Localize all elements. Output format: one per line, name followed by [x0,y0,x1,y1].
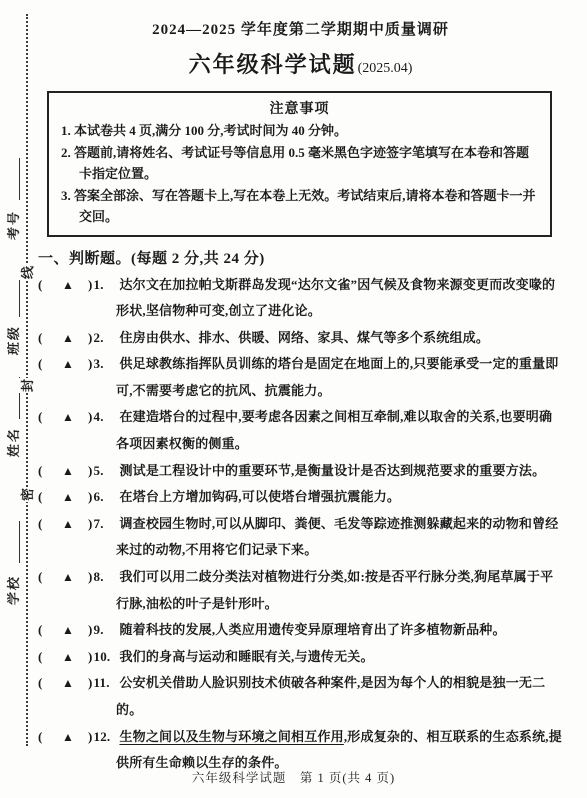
answer-bracket: (▲)8. [38,564,116,591]
paren-close: ) [88,351,93,378]
question-number: 3. [94,356,104,371]
seal-field-label: 考号 [3,209,22,240]
answer-triangle-mark: ▲ [62,670,88,697]
answer-triangle-mark: ▲ [62,325,88,352]
seal-char: 封 [17,378,36,393]
question-number: 11. [94,675,110,690]
question-text: 调查校园生物时,可以从脚印、粪便、毛发等踪迹推测躲藏起来的动物和曾经来过的动物,… [116,516,559,558]
question-number: 9. [94,622,104,637]
answer-triangle-mark: ▲ [62,644,88,671]
paren-close: ) [88,325,93,352]
paren-open: ( [38,484,62,511]
paren-close: ) [88,724,93,751]
question-number: 7. [94,516,104,531]
section-heading-judgment: 一、判断题。(每题 2 分,共 24 分) [38,247,563,268]
question-text-body: 我们可以用二歧分类法对植物进行分类,如:按是否平行脉分类,狗尾草属于平行脉,油松… [116,569,553,611]
paren-open: ( [38,511,62,538]
answer-triangle-mark: ▲ [62,351,88,378]
paren-open: ( [38,351,62,378]
answer-bracket: (▲)1. [38,272,116,299]
answer-bracket: (▲)9. [38,617,116,644]
paren-open: ( [38,325,62,352]
answer-bracket: (▲)4. [38,404,116,431]
paren-close: ) [88,404,93,431]
question-number: 6. [94,489,104,504]
question-row: (▲)4. 在建造塔台的过程中,要考虑各因素之间相互牵制,难以取舍的关系,也要明… [38,404,563,457]
question-number: 8. [94,569,104,584]
question-text: 在建造塔台的过程中,要考虑各因素之间相互牵制,难以取舍的关系,也要明确各项因素权… [116,409,552,451]
question-row: (▲)8. 我们可以用二歧分类法对植物进行分类,如:按是否平行脉分类,狗尾草属于… [38,564,563,617]
exam-date-note: (2025.04) [358,61,413,77]
answer-bracket: (▲)11. [38,670,116,697]
question-text: 公安机关借助人脸识别技术侦破各种案件,是因为每个人的相貌是独一无二的。 [116,675,545,717]
answer-triangle-mark: ▲ [62,484,88,511]
notice-box: 注意事项 1. 本试卷共 4 页,满分 100 分,考试时间为 40 分钟。2.… [47,91,552,237]
answer-bracket: (▲)7. [38,511,116,538]
seal-field-blank [5,158,20,200]
answer-triangle-mark: ▲ [62,458,88,485]
seal-char: 线 [17,265,36,280]
question-number: 12. [94,729,111,744]
paren-open: ( [38,404,62,431]
question-number: 5. [94,463,104,478]
question-text-body: 调查校园生物时,可以从脚印、粪便、毛发等踪迹推测躲藏起来的动物和曾经来过的动物,… [116,516,559,558]
question-text: 随着科技的发展,人类应用遗传变异原理培育出了许多植物新品种。 [116,622,506,637]
paren-close: ) [88,564,93,591]
page-content: 2024—2025 学年度第二学期期中质量调研 六年级科学试题 (2025.04… [0,0,587,777]
answer-bracket: (▲)5. [38,458,116,485]
page-footer: 六年级科学试题 第 1 页(共 4 页) [0,768,587,786]
answer-triangle-mark: ▲ [62,404,88,431]
seal-margin-strip: 学校密姓名封班级线考号 [2,15,38,745]
question-text: 供足球教练指挥队员训练的塔台是固定在地面上的,只要能承受一定的重量即可,不需要考… [116,356,559,398]
answer-bracket: (▲)3. [38,351,116,378]
question-text: 在塔台上方增加钩码,可以使塔台增强抗震能力。 [116,489,400,504]
paren-open: ( [38,617,62,644]
seal-field-label: 班级 [3,324,22,355]
paren-close: ) [88,644,93,671]
exam-title: 六年级科学试题 [189,48,357,79]
question-text-body: 在建造塔台的过程中,要考虑各因素之间相互牵制,难以取舍的关系,也要明确各项因素权… [116,409,552,451]
seal-char: 密 [17,487,36,502]
answer-bracket: (▲)6. [38,484,116,511]
exam-session-subtitle: 2024—2025 学年度第二学期期中质量调研 [38,18,563,39]
answer-triangle-mark: ▲ [62,617,88,644]
underlined-phrase: 生物之间以及生物与环境之间相互作用 [119,729,343,744]
question-text-body: 达尔文在加拉帕戈斯群岛发现“达尔文雀”因气候及食物来源变更而改变喙的形状,坚信物… [116,277,555,319]
question-text-body: 随着科技的发展,人类应用遗传变异原理培育出了许多植物新品种。 [119,622,505,637]
question-text: 生物之间以及生物与环境之间相互作用,形成复杂的、相互联系的生态系统,提供所有生命… [116,729,562,771]
question-row: (▲)5. 测试是工程设计中的重要环节,是衡量设计是否达到规范要求的重要方法。 [38,458,563,485]
question-row: (▲)10. 我们的身高与运动和睡眠有关,与遗传无关。 [38,644,563,671]
question-number: 10. [94,649,111,664]
answer-bracket: (▲)2. [38,325,116,352]
paren-open: ( [38,670,62,697]
notice-item: 1. 本试卷共 4 页,满分 100 分,考试时间为 40 分钟。 [61,120,538,142]
answer-bracket: (▲)10. [38,644,116,671]
question-text: 达尔文在加拉帕戈斯群岛发现“达尔文雀”因气候及食物来源变更而改变喙的形状,坚信物… [116,277,555,319]
paren-close: ) [88,484,93,511]
seal-field-label: 姓名 [3,426,22,457]
question-text-body: 住房由供水、排水、供暖、网络、家具、煤气等多个系统组成。 [119,330,489,345]
paren-open: ( [38,644,62,671]
answer-triangle-mark: ▲ [62,724,88,751]
paren-open: ( [38,724,62,751]
question-text-body: 供足球教练指挥队员训练的塔台是固定在地面上的,只要能承受一定的重量即可,不需要考… [116,356,559,398]
question-number: 4. [94,409,104,424]
seal-field-label: 学校 [3,574,22,605]
question-text-body: 测试是工程设计中的重要环节,是衡量设计是否达到规范要求的重要方法。 [119,463,545,478]
question-text-body: 在塔台上方增加钩码,可以使塔台增强抗震能力。 [119,489,400,504]
question-row: (▲)9. 随着科技的发展,人类应用遗传变异原理培育出了许多植物新品种。 [38,617,563,644]
notice-item: 3. 答案全部涂、写在答题卡上,写在本卷上无效。考试结束后,请将本卷和答题卡一并… [61,185,538,228]
question-row: (▲)3. 供足球教练指挥队员训练的塔台是固定在地面上的,只要能承受一定的重量即… [38,351,563,404]
paren-close: ) [88,458,93,485]
exam-paper-page: { "header": { "subtitle": "2024—2025 学年度… [0,0,587,798]
question-text-body: 我们的身高与运动和睡眠有关,与遗传无关。 [119,649,373,664]
question-number: 1. [94,277,104,292]
seal-field-blank [5,521,20,563]
question-row: (▲)11. 公安机关借助人脸识别技术侦破各种案件,是因为每个人的相貌是独一无二… [38,670,563,723]
question-text: 我们的身高与运动和睡眠有关,与遗传无关。 [116,649,374,664]
answer-triangle-mark: ▲ [62,272,88,299]
paren-close: ) [88,670,93,697]
question-list: (▲)1. 达尔文在加拉帕戈斯群岛发现“达尔文雀”因气候及食物来源变更而改变喙的… [38,272,563,777]
answer-triangle-mark: ▲ [62,564,88,591]
paren-open: ( [38,272,62,299]
seal-field-blank [5,275,20,317]
exam-title-row: 六年级科学试题 (2025.04) [38,48,563,79]
paren-open: ( [38,458,62,485]
paren-open: ( [38,564,62,591]
answer-triangle-mark: ▲ [62,511,88,538]
question-row: (▲)2. 住房由供水、排水、供暖、网络、家具、煤气等多个系统组成。 [38,325,563,352]
question-row: (▲)7. 调查校园生物时,可以从脚印、粪便、毛发等踪迹推测躲藏起来的动物和曾经… [38,511,563,564]
question-row: (▲)6. 在塔台上方增加钩码,可以使塔台增强抗震能力。 [38,484,563,511]
notice-list: 1. 本试卷共 4 页,满分 100 分,考试时间为 40 分钟。2. 答题前,… [61,120,538,228]
question-text: 住房由供水、排水、供暖、网络、家具、煤气等多个系统组成。 [116,330,489,345]
question-number: 2. [94,330,104,345]
notice-item: 2. 答题前,请将姓名、考试证号等信息用 0.5 毫米黑色字迹签字笔填写在本卷和… [61,142,538,185]
paren-close: ) [88,617,93,644]
question-row: (▲)1. 达尔文在加拉帕戈斯群岛发现“达尔文雀”因气候及食物来源变更而改变喙的… [38,272,563,325]
answer-bracket: (▲)12. [38,724,116,751]
question-text: 测试是工程设计中的重要环节,是衡量设计是否达到规范要求的重要方法。 [116,463,545,478]
notice-title: 注意事项 [61,98,538,118]
paren-close: ) [88,272,93,299]
paren-close: ) [88,511,93,538]
question-text: 我们可以用二歧分类法对植物进行分类,如:按是否平行脉分类,狗尾草属于平行脉,油松… [116,569,553,611]
question-text-body: 公安机关借助人脸识别技术侦破各种案件,是因为每个人的相貌是独一无二的。 [116,675,545,717]
